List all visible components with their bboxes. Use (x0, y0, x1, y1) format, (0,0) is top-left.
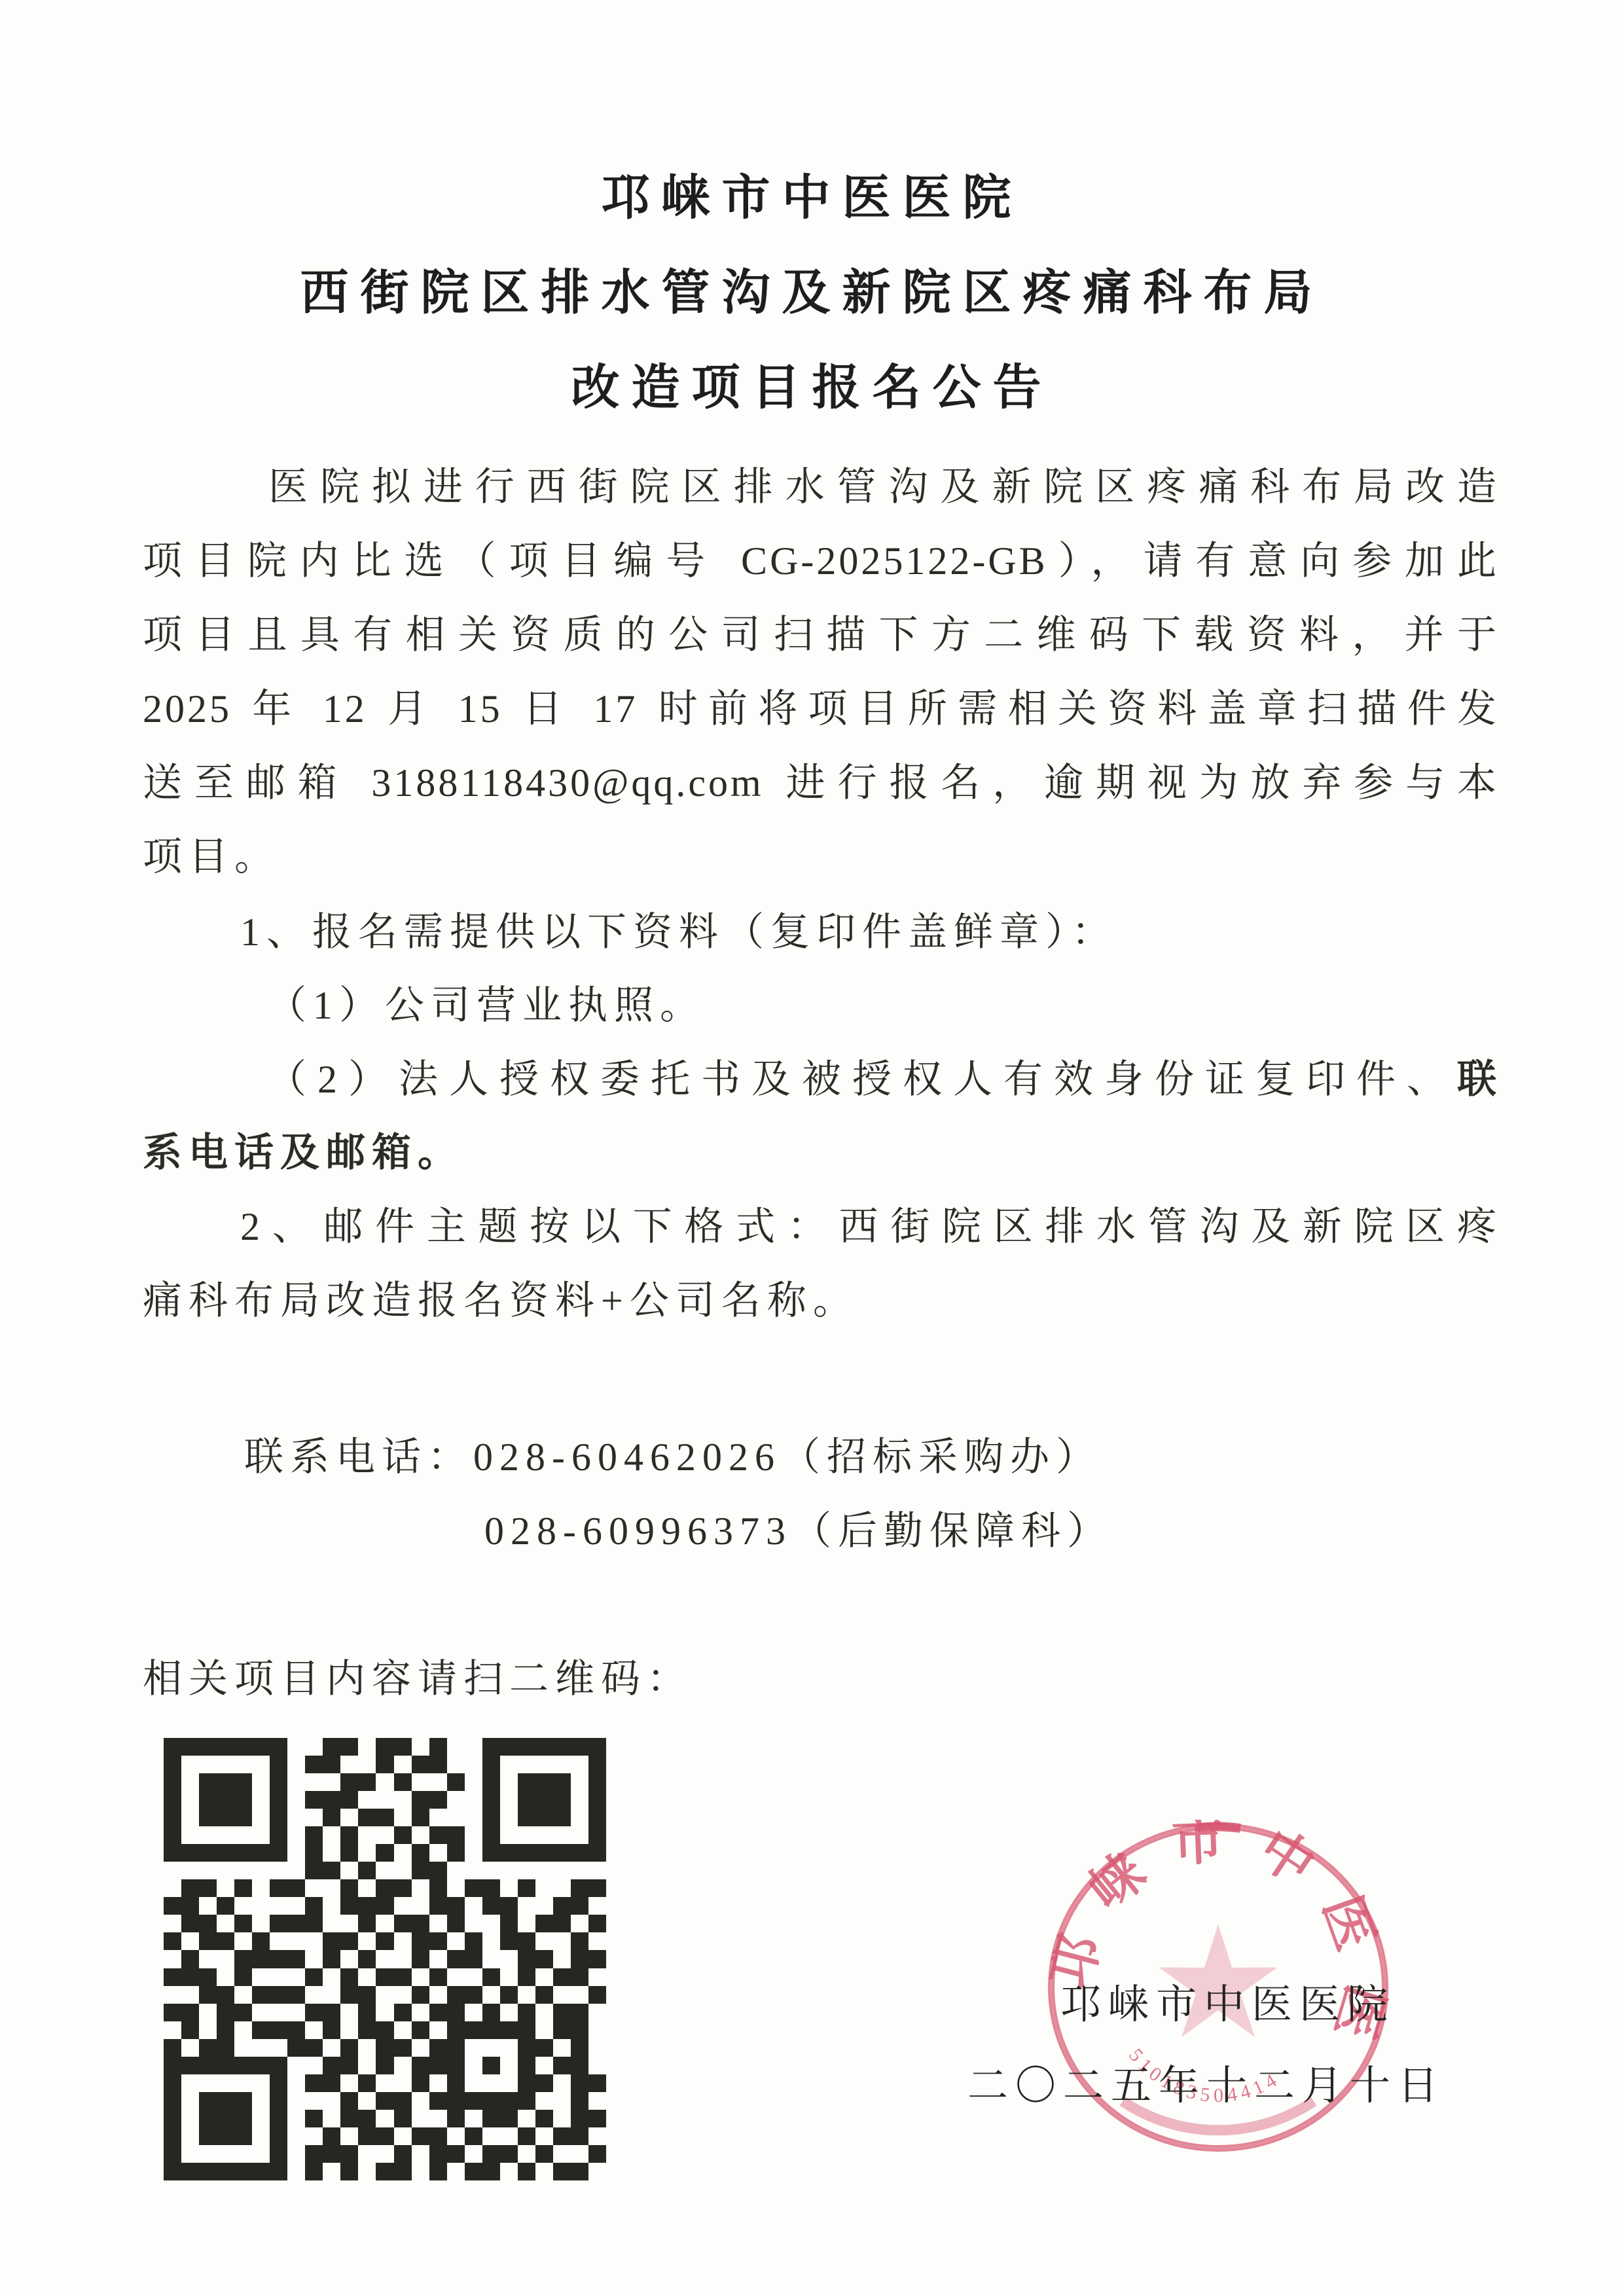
body-line: 项目且具有相关资质的公司扫描下方二维码下载资料，并于 (143, 609, 1499, 660)
signature-org: 邛崃市中医医院 (1060, 1972, 1395, 2030)
item-1-2-text: （2）法人授权委托书及被授权人有效身份证复印件、 (267, 1058, 1457, 1101)
body-line: 2025 年 12 月 15 日 17 时前将项目所需相关资料盖章扫描件发 (143, 683, 1499, 734)
body-line: 项目。 (143, 831, 280, 882)
doc-title-line-1: 邛崃市中医医院 (0, 159, 1624, 228)
contact-phone-2: 028-60996373（后勤保障科） (484, 1506, 1113, 1557)
body-line-item-1-1: （1）公司营业执照。 (267, 980, 706, 1031)
doc-title-line-2: 西街院区排水管沟及新院区疼痛科布局 (0, 254, 1624, 323)
signature-date: 二〇二五年十二月十日 (967, 2053, 1445, 2111)
qr-caption: 相关项目内容请扫二维码： (143, 1653, 693, 1705)
body-line: 医院拟进行西街院区排水管沟及新院区疼痛科布局改造 (268, 461, 1499, 513)
body-line-bold: 系电话及邮箱。 (143, 1127, 463, 1178)
qr-code (164, 1738, 606, 2180)
document-page: 邛崃市中医医院 西街院区排水管沟及新院区疼痛科布局 改造项目报名公告 医院拟进行… (0, 0, 1624, 2295)
contact-phone-1: 联系电话：028-60462026（招标采购办） (244, 1432, 1102, 1483)
body-line-item-2: 2、邮件主题按以下格式：西街院区排水管沟及新院区疼 (240, 1201, 1499, 1252)
body-line: 痛科布局改造报名资料+公司名称。 (143, 1275, 859, 1326)
body-line: 项目院内比选（项目编号 CG-2025122-GB），请有意向参加此 (143, 535, 1499, 587)
body-line-item-1: 1、报名需提供以下资料（复印件盖鲜章）： (240, 907, 1117, 958)
doc-title-line-3: 改造项目报名公告 (0, 349, 1624, 418)
item-1-2-bold-text: 联 (1457, 1058, 1499, 1101)
body-line: 送至邮箱 3188118430@qq.com 进行报名，逾期视为放弃参与本 (143, 757, 1499, 808)
body-line-item-1-2: （2）法人授权委托书及被授权人有效身份证复印件、联 (267, 1054, 1499, 1105)
